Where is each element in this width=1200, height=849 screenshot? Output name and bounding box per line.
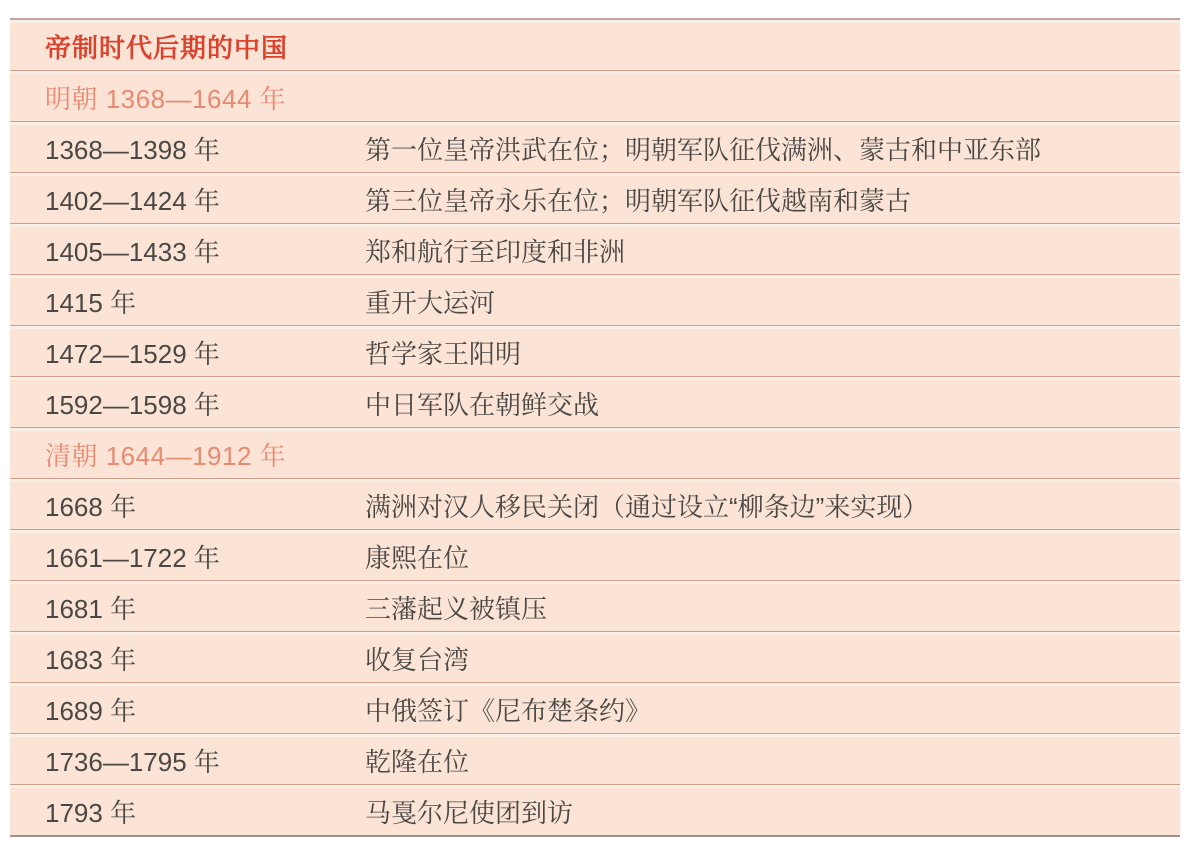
row-date: 1689 年 — [45, 691, 365, 728]
section-heading: 清朝 1644—1912 年 — [45, 436, 286, 473]
row-event: 重开大运河 — [365, 283, 1180, 320]
row-event: 郑和航行至印度和非洲 — [365, 232, 1180, 269]
row-event: 满洲对汉人移民关闭（通过设立“柳条边”来实现） — [365, 487, 1180, 524]
page: 帝制时代后期的中国 明朝 1368—1644 年 1368—1398 年 第一位… — [0, 0, 1200, 849]
table-row: 1689 年 中俄签订《尼布楚条约》 — [10, 686, 1180, 733]
table-row: 1405—1433 年 郑和航行至印度和非洲 — [10, 227, 1180, 274]
row-date: 1368—1398 年 — [45, 130, 365, 167]
row-date: 1415 年 — [45, 283, 365, 320]
row-event: 三藩起义被镇压 — [365, 589, 1180, 626]
table-row: 1681 年 三藩起义被镇压 — [10, 584, 1180, 631]
table-row: 1683 年 收复台湾 — [10, 635, 1180, 682]
table-row: 1415 年 重开大运河 — [10, 278, 1180, 325]
row-date: 1668 年 — [45, 487, 365, 524]
table-row: 1592—1598 年 中日军队在朝鲜交战 — [10, 380, 1180, 427]
timeline-table: 帝制时代后期的中国 明朝 1368—1644 年 1368—1398 年 第一位… — [10, 18, 1180, 837]
row-date: 1661—1722 年 — [45, 538, 365, 575]
row-event: 马戛尔尼使团到访 — [365, 793, 1180, 830]
row-event: 乾隆在位 — [365, 742, 1180, 779]
row-date: 1683 年 — [45, 640, 365, 677]
row-event: 康熙在位 — [365, 538, 1180, 575]
row-event: 收复台湾 — [365, 640, 1180, 677]
row-date: 1472—1529 年 — [45, 334, 365, 371]
row-event: 中日军队在朝鲜交战 — [365, 385, 1180, 422]
table-row: 1793 年 马戛尔尼使团到访 — [10, 788, 1180, 835]
section-heading: 明朝 1368—1644 年 — [45, 79, 286, 116]
section-header-ming: 明朝 1368—1644 年 — [10, 74, 1180, 121]
row-event: 第三位皇帝永乐在位；明朝军队征伐越南和蒙古 — [365, 181, 1180, 218]
table-row: 1668 年 满洲对汉人移民关闭（通过设立“柳条边”来实现） — [10, 482, 1180, 529]
row-date: 1405—1433 年 — [45, 232, 365, 269]
table-row: 1736—1795 年 乾隆在位 — [10, 737, 1180, 784]
row-event: 哲学家王阳明 — [365, 334, 1180, 371]
row-event: 第一位皇帝洪武在位；明朝军队征伐满洲、蒙古和中亚东部 — [365, 130, 1180, 167]
table-row: 1368—1398 年 第一位皇帝洪武在位；明朝军队征伐满洲、蒙古和中亚东部 — [10, 125, 1180, 172]
table-row: 1661—1722 年 康熙在位 — [10, 533, 1180, 580]
table-title-row: 帝制时代后期的中国 — [10, 23, 1180, 70]
row-date: 1736—1795 年 — [45, 742, 365, 779]
table-row: 1472—1529 年 哲学家王阳明 — [10, 329, 1180, 376]
row-date: 1402—1424 年 — [45, 181, 365, 218]
row-date: 1793 年 — [45, 793, 365, 830]
row-event: 中俄签订《尼布楚条约》 — [365, 691, 1180, 728]
row-date: 1592—1598 年 — [45, 385, 365, 422]
table-title: 帝制时代后期的中国 — [45, 28, 288, 65]
section-header-qing: 清朝 1644—1912 年 — [10, 431, 1180, 478]
table-row: 1402—1424 年 第三位皇帝永乐在位；明朝军队征伐越南和蒙古 — [10, 176, 1180, 223]
row-date: 1681 年 — [45, 589, 365, 626]
